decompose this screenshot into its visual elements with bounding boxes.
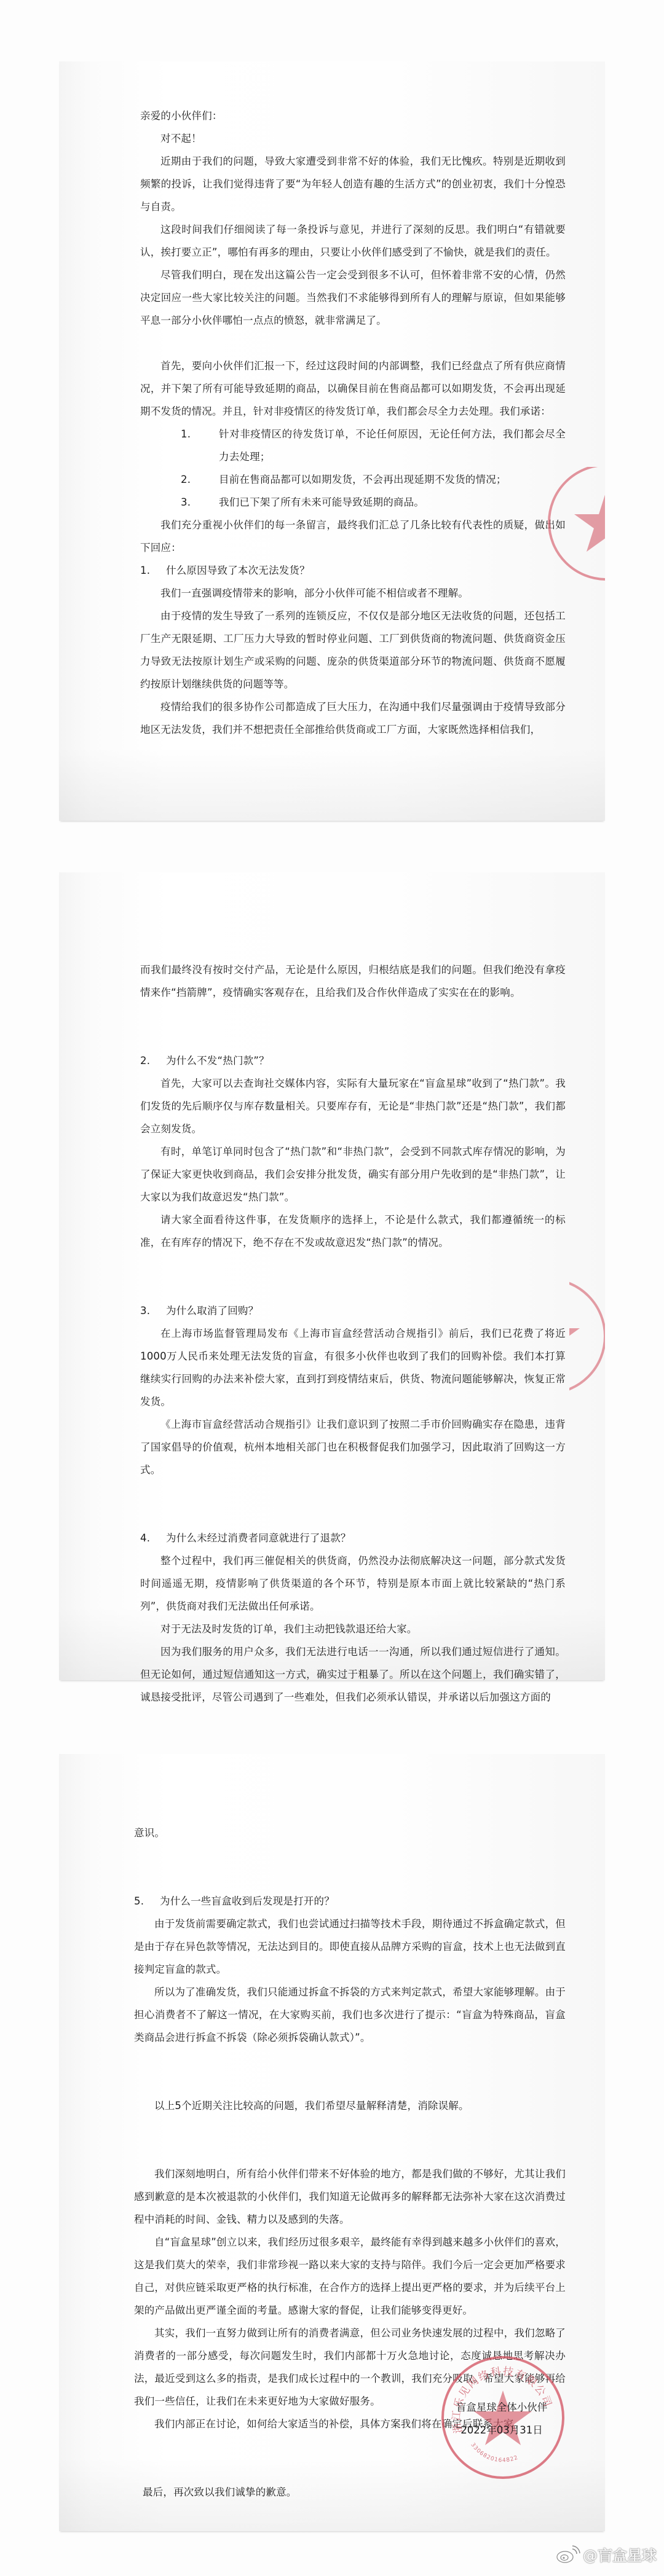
signature-date: 2022年03月31日 bbox=[443, 2419, 560, 2441]
paragraph: 在上海市场监督管理局发布《上海市盲盒经营活动合规指引》前后，我们已花费了将近10… bbox=[140, 1322, 566, 1413]
question-number: 5. bbox=[134, 1890, 160, 1912]
signature-from: 盲盒星球全体小伙伴 bbox=[443, 2396, 560, 2419]
promise-number: 3. bbox=[181, 491, 219, 514]
paragraph: 疫情给我们的很多协作公司都造成了巨大压力，在沟通中我们尽量强调由于疫情导致部分地… bbox=[140, 695, 566, 741]
spacer bbox=[134, 2117, 566, 2163]
paragraph: 我们充分重视小伙伴们的每一条留言，最终我们汇总了几条比较有代表性的质疑，做出如下… bbox=[140, 514, 566, 559]
page-2-body: 而我们最终没有按时交付产品，无论是什么原因，归根结底是我们的问题。但我们绝没有拿… bbox=[140, 958, 566, 1709]
weibo-watermark: @盲盒星球 bbox=[556, 2543, 657, 2565]
paragraph: 由于疫情的发生导致了一系列的连锁反应，不仅仅是部分地区无法收货的问题，还包括工厂… bbox=[140, 605, 566, 695]
paragraph: 我们一直强调疫情带来的影响，部分小伙伴可能不相信或者不理解。 bbox=[140, 582, 566, 605]
paragraph: 我们深刻地明白，所有给小伙伴们带来不好体验的地方，都是我们做的不够好，尤其让我们… bbox=[134, 2163, 566, 2231]
question-heading: 3. 为什么取消了回购？ bbox=[140, 1299, 566, 1322]
paragraph: 因为我们服务的用户众多，我们无法进行电话一一沟通，所以我们通过短信进行了通知。但… bbox=[140, 1640, 566, 1709]
riding-seal-2 bbox=[569, 1278, 605, 1398]
promise-number: 1. bbox=[181, 423, 219, 468]
spacer bbox=[140, 1481, 566, 1527]
question-title: 为什么不发“热门款”？ bbox=[166, 1049, 269, 1072]
paragraph: 请大家全面看待这件事，在发货顺序的选择上，不论是什么款式，我们都遵循统一的标准，… bbox=[140, 1208, 566, 1254]
promise-text: 针对非疫情区的待发货订单，不论任何原因，无论任何方法，我们都会尽全力去处理； bbox=[219, 423, 566, 468]
summary: 以上5个近期关注比较高的问题，我们希望尽量解释清楚，消除误解。 bbox=[134, 2094, 566, 2117]
promise-number: 2. bbox=[181, 468, 219, 491]
promise-text: 目前在售商品都可以如期发货，不会再出现延期不发货的情况； bbox=[219, 468, 566, 491]
svg-text:3306820164822: 3306820164822 bbox=[469, 2442, 519, 2464]
question-title: 什么原因导致了本次无法发货？ bbox=[166, 559, 310, 582]
paragraph: 自“盲盒星球”创立以来，我们经历过很多艰辛，最终能有幸得到越来越多小伙伴们的喜欢… bbox=[134, 2231, 566, 2322]
spacer bbox=[134, 2049, 566, 2094]
paragraph: 这段时间我们仔细阅读了每一条投诉与意见，并进行了深刻的反思。我们明白“有错就要认… bbox=[140, 218, 566, 264]
paragraph: 而我们最终没有按时交付产品，无论是什么原因，归根结底是我们的问题。但我们绝没有拿… bbox=[140, 958, 566, 1004]
paragraph: 整个过程中，我们再三催促相关的供货商，仍然没办法彻底解决这一问题，部分款式发货时… bbox=[140, 1549, 566, 1618]
question-number: 4. bbox=[140, 1527, 166, 1549]
question-heading: 5. 为什么一些盲盒收到后发现是打开的？ bbox=[134, 1890, 566, 1912]
signature-block: 盲盒星球全体小伙伴 2022年03月31日 bbox=[443, 2396, 560, 2441]
question-title: 为什么取消了回购？ bbox=[166, 1299, 258, 1322]
paragraph: 首先，要向小伙伴们汇报一下，经过这段时间的内部调整，我们已经盘点了所有供应商情况… bbox=[140, 354, 566, 423]
paragraph: 近期由于我们的问题，导致大家遭受到非常不好的体验，我们无比愧疚。特别是近期收到频… bbox=[140, 150, 566, 218]
paragraph: 所以为了准确发货，我们只能通过拆盒不拆袋的方式来判定款式，希望大家能够理解。由于… bbox=[134, 1981, 566, 2049]
company-seal-icon bbox=[569, 1278, 605, 1395]
weibo-handle: @盲盒星球 bbox=[583, 2543, 657, 2565]
promise-text: 我们已下架了所有未来可能导致延期的商品。 bbox=[219, 491, 566, 514]
question-heading: 2. 为什么不发“热门款”？ bbox=[140, 1049, 566, 1072]
riding-seal-1 bbox=[548, 467, 605, 581]
spacer bbox=[140, 332, 566, 354]
paragraph: 尽管我们明白，现在发出这篇公告一定会受到很多不认可，但怀着非常不安的心情，仍然决… bbox=[140, 264, 566, 332]
document-page-2: 而我们最终没有按时交付产品，无论是什么原因，归根结底是我们的问题。但我们绝没有拿… bbox=[59, 872, 605, 1680]
paragraph: 对于无法及时发货的订单，我们主动把钱款退还给大家。 bbox=[140, 1618, 566, 1640]
promise-item: 1. 针对非疫情区的待发货订单，不论任何原因，无论任何方法，我们都会尽全力去处理… bbox=[181, 423, 566, 468]
spacer bbox=[134, 1844, 566, 1890]
paragraph: 首先，大家可以去查询社交媒体内容，实际有大量玩家在“盲盒星球”收到了“热门款”。… bbox=[140, 1072, 566, 1140]
paragraph: 《上海市盲盒经营活动合规指引》让我们意识到了按照二手市价回购确实存在隐患，违背了… bbox=[140, 1413, 566, 1481]
paragraph: 由于发货前需要确定款式，我们也尝试通过扫描等技术手段，期待通过不拆盒确定款式，但… bbox=[134, 1912, 566, 1981]
seal-number: 3306820164822 bbox=[469, 2442, 519, 2464]
question-title: 为什么未经过消费者同意就进行了退款？ bbox=[166, 1527, 351, 1549]
spacer bbox=[140, 1004, 566, 1049]
promise-item: 3. 我们已下架了所有未来可能导致延期的商品。 bbox=[181, 491, 566, 514]
paper-fold-shadow bbox=[59, 747, 605, 821]
weibo-icon bbox=[556, 2544, 580, 2565]
document-page-1: 亲爱的小伙伴们： 对不起！ 近期由于我们的问题，导致大家遭受到非常不好的体验，我… bbox=[59, 61, 605, 821]
page-1-body: 亲爱的小伙伴们： 对不起！ 近期由于我们的问题，导致大家遭受到非常不好的体验，我… bbox=[140, 104, 566, 741]
final-apology: 最后，再次致以我们诚挚的歉意。 bbox=[134, 2481, 566, 2504]
company-seal-icon bbox=[548, 467, 605, 581]
apology-heading: 对不起！ bbox=[140, 127, 566, 150]
promise-item: 2. 目前在售商品都可以如期发货，不会再出现延期不发货的情况； bbox=[181, 468, 566, 491]
paragraph: 有时，单笔订单同时包含了“热门款”和“非热门款”，会受到不同款式库存情况的影响，… bbox=[140, 1140, 566, 1208]
question-number: 3. bbox=[140, 1299, 166, 1322]
question-title: 为什么一些盲盒收到后发现是打开的？ bbox=[160, 1890, 334, 1912]
question-number: 1. bbox=[140, 559, 166, 582]
question-heading: 1. 什么原因导致了本次无法发货？ bbox=[140, 559, 566, 582]
question-heading: 4. 为什么未经过消费者同意就进行了退款？ bbox=[140, 1527, 566, 1549]
paragraph: 意识。 bbox=[134, 1822, 566, 1844]
greeting: 亲爱的小伙伴们： bbox=[140, 104, 566, 127]
spacer bbox=[140, 1254, 566, 1299]
question-number: 2. bbox=[140, 1049, 166, 1072]
document-page-3: 意识。 5. 为什么一些盲盒收到后发现是打开的？ 由于发货前需要确定款式，我们也… bbox=[59, 1754, 605, 2531]
